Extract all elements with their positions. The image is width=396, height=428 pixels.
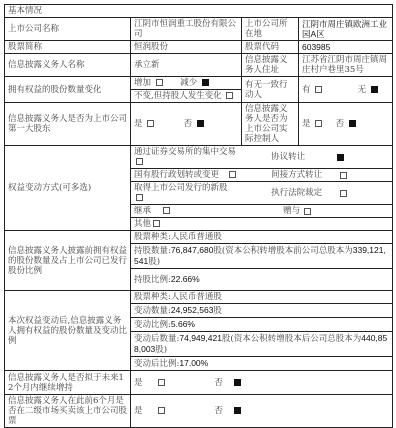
concert-no-checkbox[interactable] <box>371 86 378 93</box>
before-ratio: 持股比例:22.66% <box>131 269 393 291</box>
controller-cell: 是 否 <box>299 103 393 146</box>
method-inherit-checkbox[interactable] <box>163 207 170 214</box>
after-ratio-value: 17.00% <box>179 358 208 368</box>
change-method-row-5: 其他 <box>131 218 393 231</box>
controller-no-checkbox[interactable] <box>349 120 356 127</box>
after-ratio-prefix: 变动后比例: <box>134 359 179 369</box>
concert-cell: 有 无 <box>299 77 393 103</box>
change-method-row-4: 继承 赠与 <box>131 205 393 218</box>
after-ratio: 变动后比例:17.00% <box>131 357 393 371</box>
concert-yes-checkbox[interactable] <box>315 86 322 93</box>
method-gift-label: 赠与 <box>283 206 300 216</box>
discloser-name-value: 承立新 <box>131 54 242 77</box>
after-stock-type: 股票种类:人民币普通股 <box>131 291 393 304</box>
change-method-label: 权益变动方式(可多选) <box>5 146 131 231</box>
method-other-checkbox[interactable] <box>153 220 160 227</box>
increase-label: 增加 <box>134 78 151 88</box>
method-exchange-label: 通过证券交易所的集中交易 <box>134 147 236 157</box>
after-label: 本次权益变动后,信息披露义务人拥有权益的股份数量及变动比例 <box>5 291 131 371</box>
method-inherit-label: 继承 <box>134 206 151 216</box>
change-method-row-1: 通过证券交易所的集中交易 协议转让 <box>131 146 393 169</box>
method-agreement-label: 协议转让 <box>271 152 305 162</box>
stock-code-label: 股票代码 <box>242 41 299 54</box>
largest-no-checkbox[interactable] <box>197 120 204 127</box>
largest-shareholder-cell: 是 否 <box>131 103 242 146</box>
plan-12m-no-label: 否 <box>214 378 223 388</box>
after-qty-prefix: 变动后数量: <box>134 334 179 344</box>
short-name-value: 恒润股份 <box>131 41 242 54</box>
concert-label: 有无一致行动人 <box>242 77 299 103</box>
largest-yes-checkbox[interactable] <box>147 120 154 127</box>
before-holding: 持股数量:76,847,680股(资本公积转增股本前公司总股本为339,121,… <box>131 244 393 269</box>
before-holding-suffix: 股(资本公积转增股本前公司总股本为 <box>213 246 352 256</box>
company-name-label: 上市公司名称 <box>5 18 131 41</box>
discloser-name-label: 信息披露义务人名称 <box>5 54 131 77</box>
method-state-transfer-checkbox[interactable] <box>229 171 236 178</box>
plan-12m-cell: 是 否 <box>131 371 393 393</box>
disclosure-form: 基本情况 上市公司名称 江阴市恒润重工股份有限公司 上市公司所在地 江阴市周庄镇… <box>4 4 392 392</box>
unchanged-checkbox[interactable] <box>226 92 233 99</box>
method-new-shares-checkbox[interactable] <box>136 194 143 201</box>
method-other-label: 其他 <box>134 219 151 229</box>
before-ratio-value: 22.66% <box>171 274 200 284</box>
method-state-transfer-label: 国有股行政划转或变更 <box>134 170 219 180</box>
before-holding-prefix: 持股数量: <box>134 246 171 256</box>
plan-12m-label: 信息披露义务人是否拟于未来12个月内继续增持 <box>5 371 131 393</box>
before-stock-type: 股票种类:人民币普通股 <box>131 231 393 244</box>
after-change-ratio-prefix: 变动比例: <box>134 320 171 330</box>
controller-no-label: 否 <box>336 119 345 129</box>
company-name-value: 江阴市恒润重工股份有限公司 <box>131 18 242 41</box>
before-label: 信息披露义务人披露前拥有权益的股份数量及占上市公司已发行股份比例 <box>5 231 131 291</box>
concert-no-label: 无 <box>358 85 367 95</box>
decrease-label: 减少 <box>180 78 197 88</box>
plan-12m-yes-checkbox[interactable] <box>158 379 165 386</box>
after-change-qty-prefix: 变动数量: <box>134 306 171 316</box>
unchanged-label: 不变,但持股人发生变化 <box>134 91 222 101</box>
controller-label: 信息披露义务人是否为上市公司实际控制人 <box>242 103 299 146</box>
before-ratio-prefix: 持股比例: <box>134 275 171 285</box>
after-qty-value: 74,949,421 <box>179 333 222 343</box>
unchanged-cell: 不变,但持股人发生变化 <box>131 90 242 103</box>
plan-12m-no-checkbox[interactable] <box>234 379 241 386</box>
controller-yes-label: 是 <box>302 119 311 129</box>
concert-yes-label: 有 <box>302 85 311 95</box>
plan-12m-label-text: 信息披露义务人是否拟于未来12个月内继续增持 <box>8 373 124 393</box>
after-change-qty-value: 24,952,563 <box>171 305 214 315</box>
share-change-label: 拥有权益的股份数量变化 <box>5 77 131 103</box>
decrease-checkbox[interactable] <box>202 79 209 86</box>
section-title: 基本情况 <box>5 5 393 18</box>
largest-shareholder-label: 信息披露义务人是否为上市公司第一大股东 <box>5 103 131 146</box>
before-holding-value: 76,847,680 <box>171 245 214 255</box>
discloser-address-value: 江苏省江阴市周庄镇周庄村户巷里35号 <box>299 54 393 77</box>
company-location-label: 上市公司所在地 <box>242 18 299 41</box>
method-exchange-checkbox[interactable] <box>136 158 143 165</box>
discloser-address-label: 信息披露义务人住址 <box>242 54 299 77</box>
basic-info-table: 基本情况 上市公司名称 江阴市恒润重工股份有限公司 上市公司所在地 江阴市周庄镇… <box>4 4 393 392</box>
method-agreement-checkbox[interactable] <box>337 154 344 161</box>
change-method-row-2: 国有股行政划转或变更 间接方式转让 <box>131 169 393 182</box>
after-change-qty: 变动数量:24,952,563股 <box>131 304 393 318</box>
method-court-label: 执行法院裁定 <box>271 188 322 198</box>
after-change-ratio: 变动比例:5.66% <box>131 318 393 332</box>
after-qty: 变动后数量:74,949,421股(资本公积转增股本后公司总股本为440,858… <box>131 332 393 357</box>
method-new-shares-label: 取得上市公司发行的新股 <box>134 183 228 193</box>
controller-yes-checkbox[interactable] <box>315 120 322 127</box>
before-total-suffix: 股) <box>148 257 160 267</box>
short-name-label: 股票简称 <box>5 41 131 54</box>
increase-checkbox[interactable] <box>156 79 163 86</box>
increase-decrease-cell: 增加 减少 <box>131 77 242 90</box>
plan-12m-yes-label: 是 <box>134 378 143 388</box>
change-method-row-3: 取得上市公司发行的新股 执行法院裁定 <box>131 182 393 205</box>
after-change-ratio-value: 5.66% <box>171 319 195 329</box>
after-change-qty-suffix: 股 <box>213 306 222 316</box>
method-court-checkbox[interactable] <box>340 190 347 197</box>
stock-code-value: 603985 <box>299 41 393 54</box>
method-gift-checkbox[interactable] <box>304 208 311 215</box>
company-location-value: 江阴市周庄镇欧洲工业园A区 <box>299 18 393 41</box>
method-indirect-label: 间接方式转让 <box>271 170 322 180</box>
after-qty-suffix: 股(资本公积转增股本后公司总股本为 <box>222 334 361 344</box>
largest-no-label: 否 <box>184 119 193 129</box>
after-total-suffix: 股) <box>155 345 167 355</box>
largest-yes-label: 是 <box>134 119 143 129</box>
method-indirect-checkbox[interactable] <box>340 172 347 179</box>
